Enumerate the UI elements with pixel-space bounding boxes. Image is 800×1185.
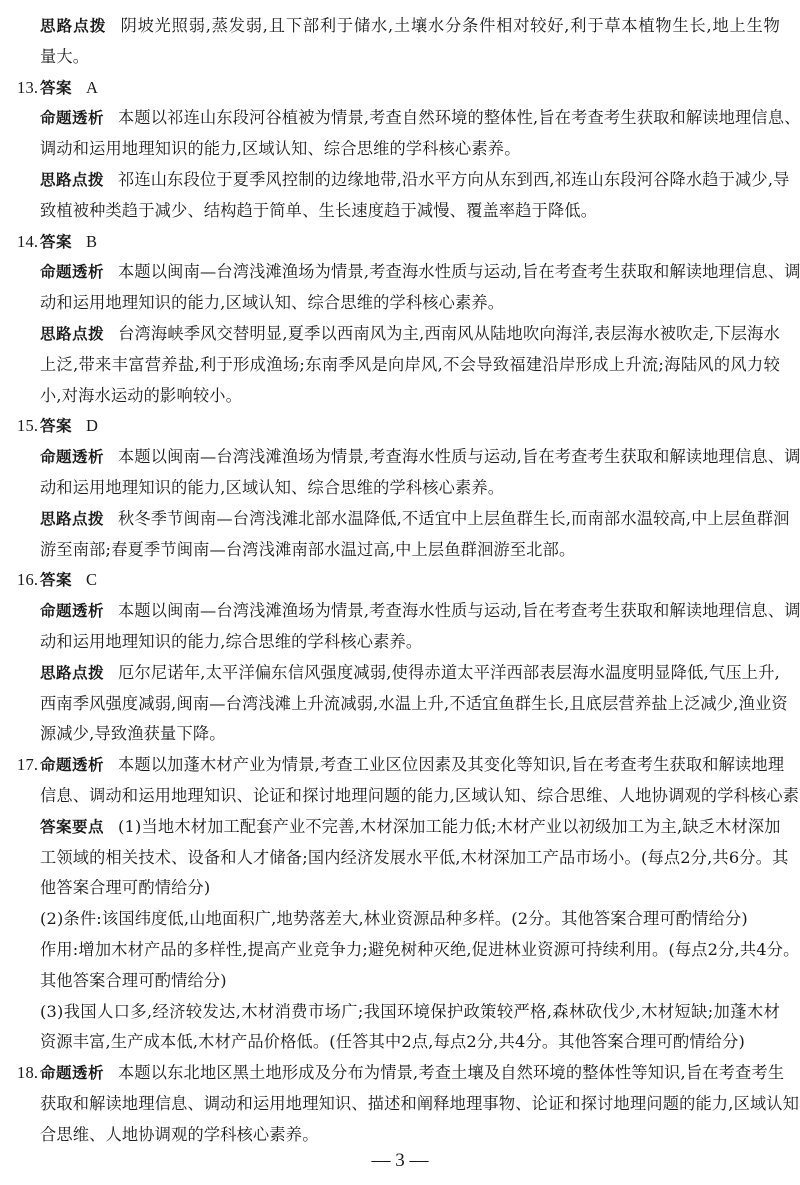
q17-keypoints-line: (2)条件:该国纬度低,山地面积广,地势落差大,林业资源品种多样。(2分。其他答… <box>0 904 780 935</box>
q13-analysis-line: 命题透析本题以祁连山东段河谷植被为情景,考查自然环境的整体性,旨在考查考生获取和… <box>0 103 780 134</box>
q15-analysis-line: 命题透析本题以闽南—台湾浅滩渔场为情景,考查海水性质与运动,旨在考查考生获取和解… <box>0 442 780 473</box>
answer-label: 答案 <box>40 417 72 435</box>
q16-thinking-line: 源减少,导致渔获量下降。 <box>0 719 780 750</box>
q16-analysis-line: 命题透析本题以闽南—台湾浅滩渔场为情景,考查海水性质与运动,旨在考查考生获取和解… <box>0 596 780 627</box>
answer-value: D <box>86 416 98 435</box>
thinking-label: 思路点拨 <box>40 171 104 189</box>
q16-thinking-line: 西南季风强度减弱,闽南—台湾浅滩上升流减弱,水温上升,不适宜鱼群生长,且底层营养… <box>0 689 780 720</box>
analysis-label: 命题透析 <box>40 1064 104 1082</box>
q15-thinking-line: 思路点拨秋冬季节闽南—台湾浅滩北部水温降低,不适宜中上层鱼群生长,而南部水温较高… <box>0 504 780 535</box>
q13-analysis-line: 调动和运用地理知识的能力,区域认知、综合思维的学科核心素养。 <box>0 134 780 165</box>
q16-thinking-line: 思路点拨厄尔尼诺年,太平洋偏东信风强度减弱,使得赤道太平洋西部表层海水温度明显降… <box>0 658 780 689</box>
key-points-label: 答案要点 <box>40 818 104 836</box>
analysis-label: 命题透析 <box>40 756 104 774</box>
q17-analysis-line: 17.命题透析本题以加蓬木材产业为情景,考查工业区位因素及其变化等知识,旨在考查… <box>0 750 780 781</box>
q14-thinking-line: 思路点拨台湾海峡季风交替明显,夏季以西南风为主,西南风从陆地吹向海洋,表层海水被… <box>0 319 780 350</box>
q17-keypoints-line: 其他答案合理可酌情给分) <box>0 966 780 997</box>
q12-thinking-line: 量大。 <box>0 42 780 73</box>
q17-keypoints-line: 工领域的相关技术、设备和人才储备;国内经济发展水平低,木材深加工产品市场小。(每… <box>0 843 780 874</box>
q18-analysis-line: 获取和解读地理信息、调动和运用地理知识、描述和阐释地理事物、论证和探讨地理问题的… <box>0 1089 780 1120</box>
q12-thinking-line: 思路点拨阴坡光照弱,蒸发弱,且下部利于储水,土壤水分条件相对较好,利于草本植物生… <box>0 11 780 42</box>
thinking-label: 思路点拨 <box>40 510 104 528</box>
q17-analysis-line: 信息、调动和运用地理知识、论证和探讨地理问题的能力,区域认知、综合思维、人地协调… <box>0 781 780 812</box>
q13-thinking-line: 思路点拨祁连山东段位于夏季风控制的边缘地带,沿水平方向从东到西,祁连山东段河谷降… <box>0 165 780 196</box>
q15-answer: 15.答案D <box>0 411 780 442</box>
q15-analysis-line: 动和运用地理知识的能力,区域认知、综合思维的学科核心素养。 <box>0 473 780 504</box>
question-number: 13. <box>17 73 38 104</box>
q18-analysis-line: 18.命题透析本题以东北地区黑土地形成及分布为情景,考查土壤及自然环境的整体性等… <box>0 1058 780 1089</box>
analysis-label: 命题透析 <box>40 602 104 620</box>
thinking-label: 思路点拨 <box>40 664 104 682</box>
question-number: 16. <box>17 565 38 596</box>
answer-label: 答案 <box>40 233 72 251</box>
q14-thinking-line: 小,对海水运动的影响较小。 <box>0 381 780 412</box>
page-number: — 3 — <box>0 1150 800 1172</box>
q14-analysis-line: 动和运用地理知识的能力,区域认知、综合思维的学科核心素养。 <box>0 288 780 319</box>
analysis-label: 命题透析 <box>40 448 104 466</box>
question-number: 15. <box>17 411 38 442</box>
thinking-label: 思路点拨 <box>40 17 107 35</box>
analysis-label: 命题透析 <box>40 109 104 127</box>
answer-value: A <box>86 78 98 97</box>
q13-thinking-line: 致植被种类趋于减少、结构趋于简单、生长速度趋于减慢、覆盖率趋于降低。 <box>0 196 780 227</box>
q18-analysis-line: 合思维、人地协调观的学科核心素养。 <box>0 1120 780 1151</box>
question-number: 14. <box>17 227 38 258</box>
thinking-label: 思路点拨 <box>40 325 104 343</box>
answer-label: 答案 <box>40 79 72 97</box>
q14-thinking-line: 上泛,带来丰富营养盐,利于形成渔场;东南季风是向岸风,不会导致福建沿岸形成上升流… <box>0 350 780 381</box>
q13-answer: 13.答案A <box>0 73 780 104</box>
q16-answer: 16.答案C <box>0 565 780 596</box>
q17-keypoints-line: 资源丰富,生产成本低,木材产品价格低。(任答其中2点,每点2分,共4分。其他答案… <box>0 1027 780 1058</box>
answer-value: C <box>86 570 97 589</box>
q17-keypoints-line: 作用:增加木材产品的多样性,提高产业竞争力;避免树种灭绝,促进林业资源可持续利用… <box>0 935 780 966</box>
question-number: 17. <box>17 750 38 781</box>
q17-keypoints-line: (3)我国人口多,经济较发达,木材消费市场广;我国环境保护政策较严格,森林砍伐少… <box>0 997 780 1028</box>
q14-answer: 14.答案B <box>0 227 780 258</box>
q16-analysis-line: 动和运用地理知识的能力,综合思维的学科核心素养。 <box>0 627 780 658</box>
q17-keypoints-line: 答案要点(1)当地木材加工配套产业不完善,木材深加工能力低;木材产业以初级加工为… <box>0 812 780 843</box>
question-number: 18. <box>17 1058 38 1089</box>
answer-value: B <box>86 232 97 251</box>
q14-analysis-line: 命题透析本题以闽南—台湾浅滩渔场为情景,考查海水性质与运动,旨在考查考生获取和解… <box>0 257 780 288</box>
answer-label: 答案 <box>40 571 72 589</box>
answer-page: 思路点拨阴坡光照弱,蒸发弱,且下部利于储水,土壤水分条件相对较好,利于草本植物生… <box>0 11 800 1150</box>
analysis-label: 命题透析 <box>40 263 104 281</box>
q17-keypoints-line: 他答案合理可酌情给分) <box>0 873 780 904</box>
q15-thinking-line: 游至南部;春夏季节闽南—台湾浅滩南部水温过高,中上层鱼群洄游至北部。 <box>0 535 780 566</box>
